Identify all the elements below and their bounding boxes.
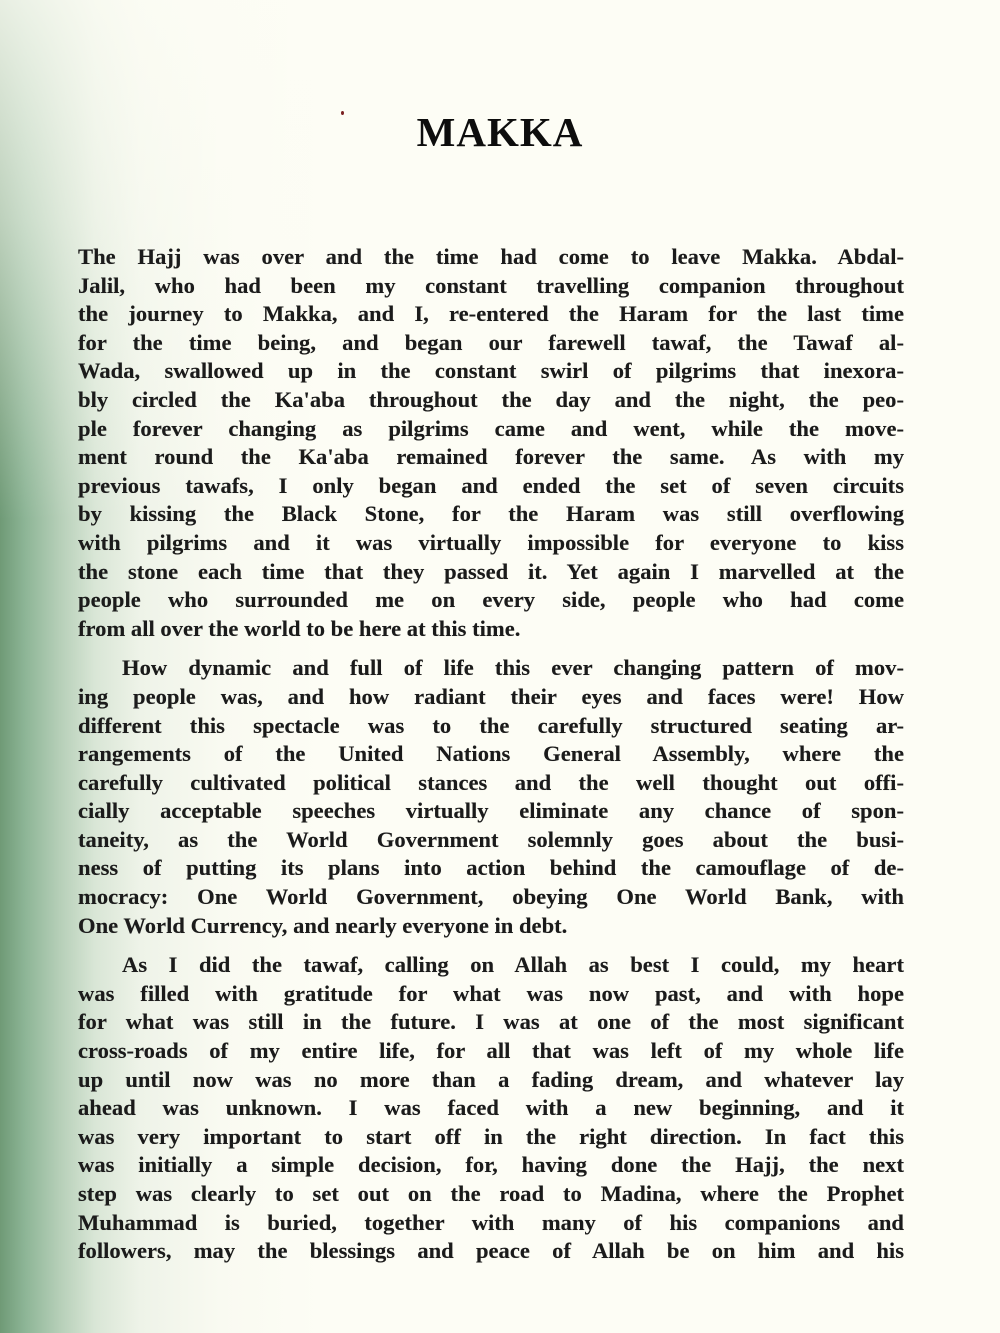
text-line: cross-roads of my entire life, for all t… [78,1037,904,1066]
text-line: bly circled the Ka'aba throughout the da… [78,386,904,415]
text-line: The Hajj was over and the time had come … [78,243,904,272]
paragraph-3: As I did the tawaf, calling on Allah as … [78,951,904,1266]
text-line: the journey to Makka, and I, re-entered … [78,300,904,329]
text-line: was filled with gratitude for what was n… [78,980,904,1009]
text-line: from all over the world to be here at th… [78,615,904,644]
text-line: for what was still in the future. I was … [78,1008,904,1037]
text-line: As I did the tawaf, calling on Allah as … [78,951,904,980]
text-line: taneity, as the World Government solemnl… [78,826,904,855]
paragraph-2: How dynamic and full of life this ever c… [78,654,904,940]
text-line: ahead was unknown. I was faced with a ne… [78,1094,904,1123]
text-line: carefully cultivated political stances a… [78,769,904,798]
text-line: Jalil, who had been my constant travelli… [78,272,904,301]
text-line: people who surrounded me on every side, … [78,586,904,615]
text-line: How dynamic and full of life this ever c… [78,654,904,683]
paragraph-1: The Hajj was over and the time had come … [78,243,904,643]
text-line: for the time being, and began our farewe… [78,329,904,358]
text-line: was very important to start off in the r… [78,1123,904,1152]
text-line: up until now was no more than a fading d… [78,1066,904,1095]
text-line: by kissing the Black Stone, for the Hara… [78,500,904,529]
text-line: ment round the Ka'aba remained forever t… [78,443,904,472]
text-line: step was clearly to set out on the road … [78,1180,904,1209]
chapter-title: MAKKA [0,108,1000,156]
text-line: One World Currency, and nearly everyone … [78,912,904,941]
text-line: Muhammad is buried, together with many o… [78,1209,904,1238]
body-text: The Hajj was over and the time had come … [78,243,904,1266]
text-line: cially acceptable speeches virtually eli… [78,797,904,826]
text-line: ing people was, and how radiant their ey… [78,683,904,712]
text-line: the stone each time that they passed it.… [78,558,904,587]
text-line: mocracy: One World Government, obeying O… [78,883,904,912]
text-line: followers, may the blessings and peace o… [78,1237,904,1266]
text-line: was initially a simple decision, for, ha… [78,1151,904,1180]
text-line: Wada, swallowed up in the constant swirl… [78,357,904,386]
text-line: different this spectacle was to the care… [78,712,904,741]
text-line: rangements of the United Nations General… [78,740,904,769]
text-line: ple forever changing as pilgrims came an… [78,415,904,444]
text-line: ness of putting its plans into action be… [78,854,904,883]
text-line: with pilgrims and it was virtually impos… [78,529,904,558]
text-line: previous tawafs, I only began and ended … [78,472,904,501]
